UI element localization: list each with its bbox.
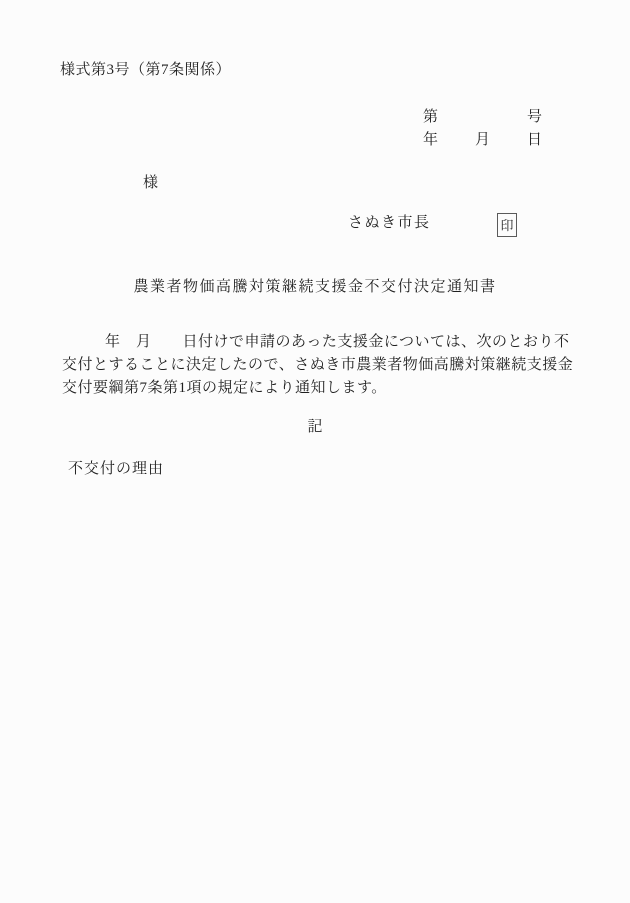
reason-label: 不交付の理由 <box>68 462 164 477</box>
body-line: 年 月 日付けで申請のあった支援金については、次のとおり不 <box>62 331 574 354</box>
date-line: 年 月 日 <box>423 129 542 152</box>
document-page: 様式第3号（第7条関係） 第 号 年 月 日 様 さぬき市長 印 農業者物価高騰… <box>0 0 630 903</box>
date-day-label: 日 <box>527 133 542 148</box>
doc-number-suffix: 号 <box>527 110 542 125</box>
seal-placeholder: 印 <box>497 213 517 237</box>
sender-name: さぬき市長 <box>348 216 431 231</box>
addressee-honorific: 様 <box>143 176 159 191</box>
doc-number-prefix: 第 <box>423 110 438 125</box>
doc-number-line: 第 号 <box>423 106 542 129</box>
document-title: 農業者物価高騰対策継続支援金不交付決定通知書 <box>0 280 630 295</box>
date-month-label: 月 <box>475 133 490 148</box>
body-paragraph: 年 月 日付けで申請のあった支援金については、次のとおり不 交付とすることに決定… <box>62 331 574 400</box>
body-line: 交付要綱第7条第1項の規定により通知します。 <box>62 377 574 400</box>
record-marker: 記 <box>0 420 630 435</box>
seal-mark: 印 <box>500 219 513 232</box>
form-number: 様式第3号（第7条関係） <box>60 63 231 78</box>
body-line: 交付とすることに決定したので、さぬき市農業者物価高騰対策継続支援金 <box>62 354 574 377</box>
date-year-label: 年 <box>423 133 438 148</box>
reference-block: 第 号 年 月 日 <box>423 106 542 152</box>
